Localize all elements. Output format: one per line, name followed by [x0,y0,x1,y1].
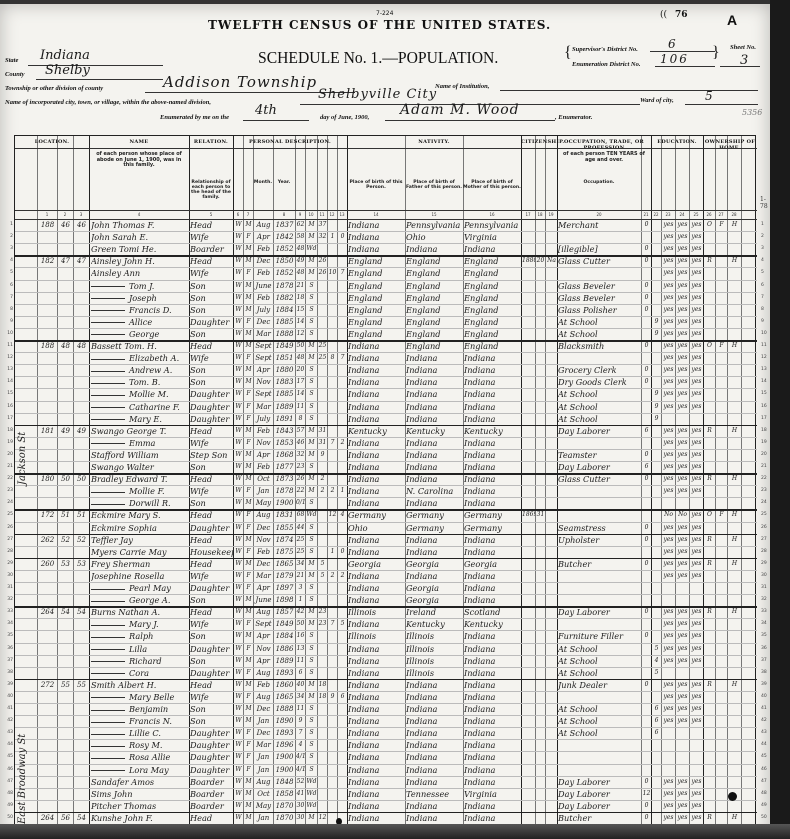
cell-eng: yes [690,304,703,316]
corner-page-number: 76 [675,10,688,20]
cell-age: 52 [296,776,305,788]
scan-right-edge [770,0,790,839]
cell-bpm: Indiana [464,679,521,691]
cell-bpf: Indiana [406,727,463,739]
line-number: 17 [3,413,13,425]
column-number: 2 [57,212,73,217]
cell-bpf: England [406,328,463,340]
cell-age: 34 [296,691,305,703]
cell-bpf: Indiana [406,679,463,691]
cell-color: W [234,352,243,364]
person-name: Tom. B. [91,376,188,388]
cell-color: W [234,316,243,328]
column-number: 25 [689,212,703,217]
surname-ditto-line [91,334,125,335]
cell-bpm: Scotland [464,606,521,618]
cell-unemp: 0 [642,376,651,388]
cell-relation: Son [190,461,233,473]
line-number: 43 [3,727,13,739]
city-value: Shelbyville City [318,87,437,102]
cell-sex: F [244,401,253,413]
cell-bpf: Kentucky [406,618,463,630]
cell-month: Dec [254,703,273,715]
cell-relation: Boarder [190,800,233,812]
cell-write: yes [676,715,689,727]
cell-marital: S [306,727,317,739]
cell-bp: Indiana [348,751,405,763]
cell-color: W [234,388,243,400]
cell-year: 1893 [274,727,295,739]
cell-bpf: Georgia [406,582,463,594]
cell-year: 1852 [274,243,295,255]
enumeration-district: 106 [660,52,689,66]
cell-color: W [234,715,243,727]
cell-month: Apr [254,630,273,642]
cell-sex: M [244,461,253,473]
cell-color: W [234,558,243,570]
cell-eng: yes [690,219,703,231]
cell-bp: Indiana [348,691,405,703]
cell-marital: M [306,352,317,364]
sheet-underline [720,66,760,67]
column-number: 23 [661,212,675,217]
cell-bp: Indiana [348,582,405,594]
cell-age: 17 [296,376,305,388]
cell-marital: S [306,388,317,400]
cell-sex: M [244,473,253,485]
ward-label: Ward of city, [640,97,674,104]
cell-years-married: 26 [318,255,327,267]
cell-write: yes [676,376,689,388]
cell-year: 1831 [274,509,295,521]
column-number: 18 [535,212,545,217]
cell-year: 1865 [274,691,295,703]
cell-bp: Indiana [348,715,405,727]
cell-bpm: Indiana [464,751,521,763]
cell-own: R [704,255,715,267]
cell-unemp: 0 [642,776,651,788]
person-name: Lillie C. [91,727,188,739]
line-number: 39 [3,679,13,691]
cell-eng: yes [690,485,703,497]
cell-occ: Grocery Clerk [558,364,641,376]
institution-underline [500,90,758,91]
cell-dwelling: 50 [58,473,73,485]
cell-house: 264 [38,606,57,618]
cell-bpf: Ohio [406,231,463,243]
surname-ditto-line [91,722,125,723]
cell-bpf: Indiana [406,473,463,485]
cell-dwelling: 46 [58,219,73,231]
person-name-text: Smith Albert H. [91,680,156,690]
cell-occ: Glass Beveler [558,292,641,304]
cell-color: W [234,764,243,776]
cell-mother-of: 1 [328,231,337,243]
line-number: 2 [3,231,13,243]
line-number: 21 [3,461,13,473]
cell-relation: Daughter [190,522,233,534]
cell-relation: Head [190,255,233,267]
cell-age: 42 [296,606,305,618]
cell-bpf: Indiana [406,413,463,425]
cell-month: Oct [254,788,273,800]
cell-color: W [234,401,243,413]
cell-relation: Daughter [190,751,233,763]
cell-bp: Indiana [348,800,405,812]
cell-sex: M [244,497,253,509]
table-row: 2222Bradley Edward T.1805050HeadWMOct187… [15,473,757,485]
cell-age: 16 [296,630,305,642]
cell-occ: At School [558,715,641,727]
cell-month: Mar [254,570,273,582]
cell-eng: yes [690,776,703,788]
person-name: George A. [91,594,188,606]
cell-bp: Illinois [348,606,405,618]
cell-bpf: Indiana [406,751,463,763]
table-row: 1717Mary E.DaughterWFJuly18918SIndianaIn… [15,413,757,425]
cell-bp: Indiana [348,388,405,400]
cell-relation: Son [190,594,233,606]
column-number: 14 [347,212,405,217]
table-row: 3131Pearl MayDaughterWFApr18973SIndianaG… [15,582,757,594]
cell-year: 1886 [274,643,295,655]
cell-sex: F [244,667,253,679]
cell-bpf: England [406,292,463,304]
cell-bpm: Indiana [464,570,521,582]
cell-sex: F [244,522,253,534]
cell-year: 1857 [274,606,295,618]
cell-bpm: Indiana [464,630,521,642]
cell-sex: M [244,243,253,255]
line-number: 23 [3,485,13,497]
cell-year: 1852 [274,267,295,279]
cell-bpm: Indiana [464,582,521,594]
person-name-text: Josephine Rosella [91,571,164,581]
cell-imm: 1880 [522,255,535,267]
cell-bpf: England [406,340,463,352]
cell-color: W [234,509,243,521]
cell-bpf: Indiana [406,461,463,473]
supervisor-district: 6 [668,37,676,51]
name-section-header: NAME [89,139,189,145]
cell-sex: F [244,413,253,425]
cell-eng: yes [690,703,703,715]
cell-eng: yes [690,267,703,279]
population-table: LOCATION.NAMERELATION.PERSONAL DESCRIPTI… [14,135,756,825]
cell-age: 48 [296,243,305,255]
cell-color: W [234,473,243,485]
table-row: 4949Pitcher ThomasBoarderWMMay187030WdIn… [15,800,757,812]
cell-marital: M [306,812,317,824]
cell-occ: Merchant [558,219,641,231]
cell-eng: yes [690,522,703,534]
cell-years-married: 31 [318,437,327,449]
person-name-text: Tom J. [129,281,154,291]
cell-age: 22 [296,485,305,497]
person-name-text: Rosa Allie [129,752,170,762]
cell-bp: Indiana [348,437,405,449]
cell-bp: England [348,292,405,304]
cell-year: 1850 [274,255,295,267]
cell-bpm: Virginia [464,231,521,243]
person-name-text: Lilla [129,644,147,654]
person-name: Lilla [91,643,188,655]
table-row: 4343Lillie C.DaughterWFDec18937SIndianaI… [15,727,757,739]
cell-bpm: England [464,316,521,328]
cell-color: W [234,425,243,437]
cell-write: yes [676,449,689,461]
cell-occ: At School [558,727,641,739]
cell-read: yes [662,267,675,279]
line-number: 32 [3,594,13,606]
cell-write: yes [676,618,689,630]
cell-farm: H [728,219,741,231]
cell-years-married: 25 [318,340,327,352]
cell-family: 52 [74,534,89,546]
enumeration-underline [655,66,715,67]
district-brace-right: } [712,44,720,62]
table-row: 4747Sandafer AmosBoarderWMAug184852WdInd… [15,776,757,788]
cell-bpm: Indiana [464,715,521,727]
cell-eng: yes [690,473,703,485]
cell-color: W [234,219,243,231]
cell-age: 44 [296,522,305,534]
form-number: 7-224 [376,10,393,17]
cell-read: yes [662,522,675,534]
person-name: Pitcher Thomas [91,800,188,812]
county-underline [36,79,163,80]
cell-read: yes [662,643,675,655]
cell-month: Aug [254,509,273,521]
cell-color: W [234,534,243,546]
cell-read: yes [662,243,675,255]
cell-month: Feb [254,546,273,558]
cell-month: Feb [254,425,273,437]
cell-marital: M [306,485,317,497]
document-title: TWELFTH CENSUS OF THE UNITED STATES. [208,18,551,32]
cell-bpm: Germany [464,522,521,534]
cell-eng: yes [690,534,703,546]
cell-relation: Head [190,679,233,691]
cell-occ: At School [558,667,641,679]
person-name: Bassett Tom. H. [91,340,188,352]
cell-year: 1883 [274,376,295,388]
cell-school: 9 [652,413,661,425]
state-value: Indiana [40,48,90,63]
ward-value: 5 [705,89,713,103]
cell-write: yes [676,800,689,812]
street-name-jackson: Jackson St [17,432,28,485]
table-row: 4040Mary BelleWifeWFAug186534M1896Indian… [15,691,757,703]
person-name-text: Eckmire Sophia [91,523,157,533]
table-row: 4646Lora MayDaughterWFJan19004/12SIndian… [15,764,757,776]
cell-occ: Day Laborer [558,800,641,812]
cell-read: yes [662,679,675,691]
table-row: 1010GeorgeSonWMMar188812SEnglandEnglandE… [15,328,757,340]
county-value: Shelby [45,63,90,78]
cell-read: yes [662,691,675,703]
cell-unemp: 6 [642,425,651,437]
person-name: George [91,328,188,340]
cell-bpm: England [464,328,521,340]
cell-month: July [254,413,273,425]
cell-marital: S [306,594,317,606]
person-name: Kunshe John F. [91,812,188,824]
cell-bp: Indiana [348,413,405,425]
cell-bpm: Kentucky [464,425,521,437]
cell-relation: Head [190,473,233,485]
table-row: 3939Smith Albert H.2725555HeadWMFeb18604… [15,679,757,691]
cell-write: yes [676,388,689,400]
surname-ditto-line [91,661,125,662]
cell-month: Aug [254,691,273,703]
cell-marital: S [306,582,317,594]
cell-bpm: Indiana [464,461,521,473]
cell-unemp: 0 [642,292,651,304]
cell-year: 1889 [274,401,295,413]
cell-relation: Wife [190,618,233,630]
column-header-bpf: Place of birth of Father of this person. [405,180,463,190]
cell-bpf: Indiana [406,715,463,727]
cell-read: yes [662,800,675,812]
cell-read: yes [662,570,675,582]
cell-years-married: 25 [318,352,327,364]
column-header-year: Year. [273,180,295,185]
person-name: Benjamin [91,703,188,715]
cell-month: Oct [254,473,273,485]
cell-read: yes [662,461,675,473]
cell-sex: M [244,655,253,667]
cell-year: 1874 [274,534,295,546]
cell-read: yes [662,776,675,788]
surname-ditto-line [91,492,125,493]
cell-bpm: Indiana [464,534,521,546]
column-number: 24 [675,212,689,217]
enumerator-underline [385,120,555,121]
cell-year: 1848 [274,776,295,788]
cell-write: yes [676,292,689,304]
line-number: 9 [3,316,13,328]
cell-month: Jan [254,812,273,824]
cell-marital: M [306,691,317,703]
cell-occ: Glass Polisher [558,304,641,316]
column-number: 28 [727,212,741,217]
cell-age: 58 [296,231,305,243]
cell-bpm: Indiana [464,401,521,413]
person-name-text: Kunshe John F. [91,813,153,823]
person-name-text: Francis N. [129,716,172,726]
cell-house: 180 [38,473,57,485]
cell-month: Jan [254,764,273,776]
cell-color: W [234,594,243,606]
cell-bpm: Indiana [464,437,521,449]
cell-age: 11 [296,703,305,715]
cell-eng: yes [690,352,703,364]
cell-bpf: Indiana [406,570,463,582]
cell-house: 188 [38,340,57,352]
cell-year: 1868 [274,449,295,461]
cell-sex: F [244,764,253,776]
person-name-text: Swango Walter [91,462,154,472]
cell-year: 1896 [274,739,295,751]
cell-living: 1 [338,485,347,497]
cell-marital: S [306,630,317,642]
cell-month: Sept [254,618,273,630]
cell-bp: Indiana [348,703,405,715]
cell-year: 1882 [274,292,295,304]
cell-eng: yes [690,788,703,800]
cell-read: yes [662,255,675,267]
day-underline [243,120,309,121]
cell-occ: Blacksmith [558,340,641,352]
cell-marital: S [306,667,317,679]
cell-year: 1900 [274,497,295,509]
cell-marital: Wd [306,788,317,800]
cell-color: W [234,655,243,667]
cell-year: 1870 [274,800,295,812]
cell-house: 188 [38,219,57,231]
cell-age: 41 [296,788,305,800]
cell-month: Feb [254,679,273,691]
person-name: Emma [91,437,188,449]
cell-relation: Wife [190,352,233,364]
cell-farm: H [728,812,741,824]
cell-occ: At School [558,328,641,340]
cell-eng: yes [690,449,703,461]
person-name-text: Rosy M. [129,740,163,750]
surname-ditto-line [91,673,125,674]
cell-farm: H [728,558,741,570]
cell-sex: F [244,231,253,243]
surname-ditto-line [91,419,125,420]
cell-read: yes [662,546,675,558]
cell-unemp: 0 [642,812,651,824]
cell-year: 1870 [274,812,295,824]
cell-write: yes [676,812,689,824]
surname-ditto-line [91,395,125,396]
cell-month: Feb [254,243,273,255]
cell-sex: M [244,376,253,388]
table-row: 1616Catharine F.DaughterWFMar188911SIndi… [15,401,757,413]
cell-occ: At School [558,316,641,328]
cell-bpf: Indiana [406,401,463,413]
cell-bpm: Germany [464,509,521,521]
cell-month: Dec [254,522,273,534]
cell-age: 46 [296,437,305,449]
cell-occ: Glass Beveler [558,280,641,292]
cell-eng: yes [690,231,703,243]
cell-dwelling: 51 [58,509,73,521]
cell-read: yes [662,425,675,437]
cell-occ: Day Laborer [558,425,641,437]
person-name-text: Swango George T. [91,426,166,436]
cell-years-married: 5 [318,570,327,582]
cell-year: 1858 [274,788,295,800]
cell-sex: M [244,703,253,715]
cell-write: yes [676,776,689,788]
cell-bp: Indiana [348,655,405,667]
column-header-relation: Relationship of each person to the head … [189,180,233,200]
cell-relation: Son [190,715,233,727]
cell-eng: yes [690,630,703,642]
line-number: 49 [3,800,13,812]
cell-bpm: England [464,267,521,279]
person-name-text: Richard [129,656,162,666]
cell-write: yes [676,425,689,437]
cell-school: 6 [652,715,661,727]
cell-bpf: Georgia [406,558,463,570]
cell-month: Aug [254,606,273,618]
